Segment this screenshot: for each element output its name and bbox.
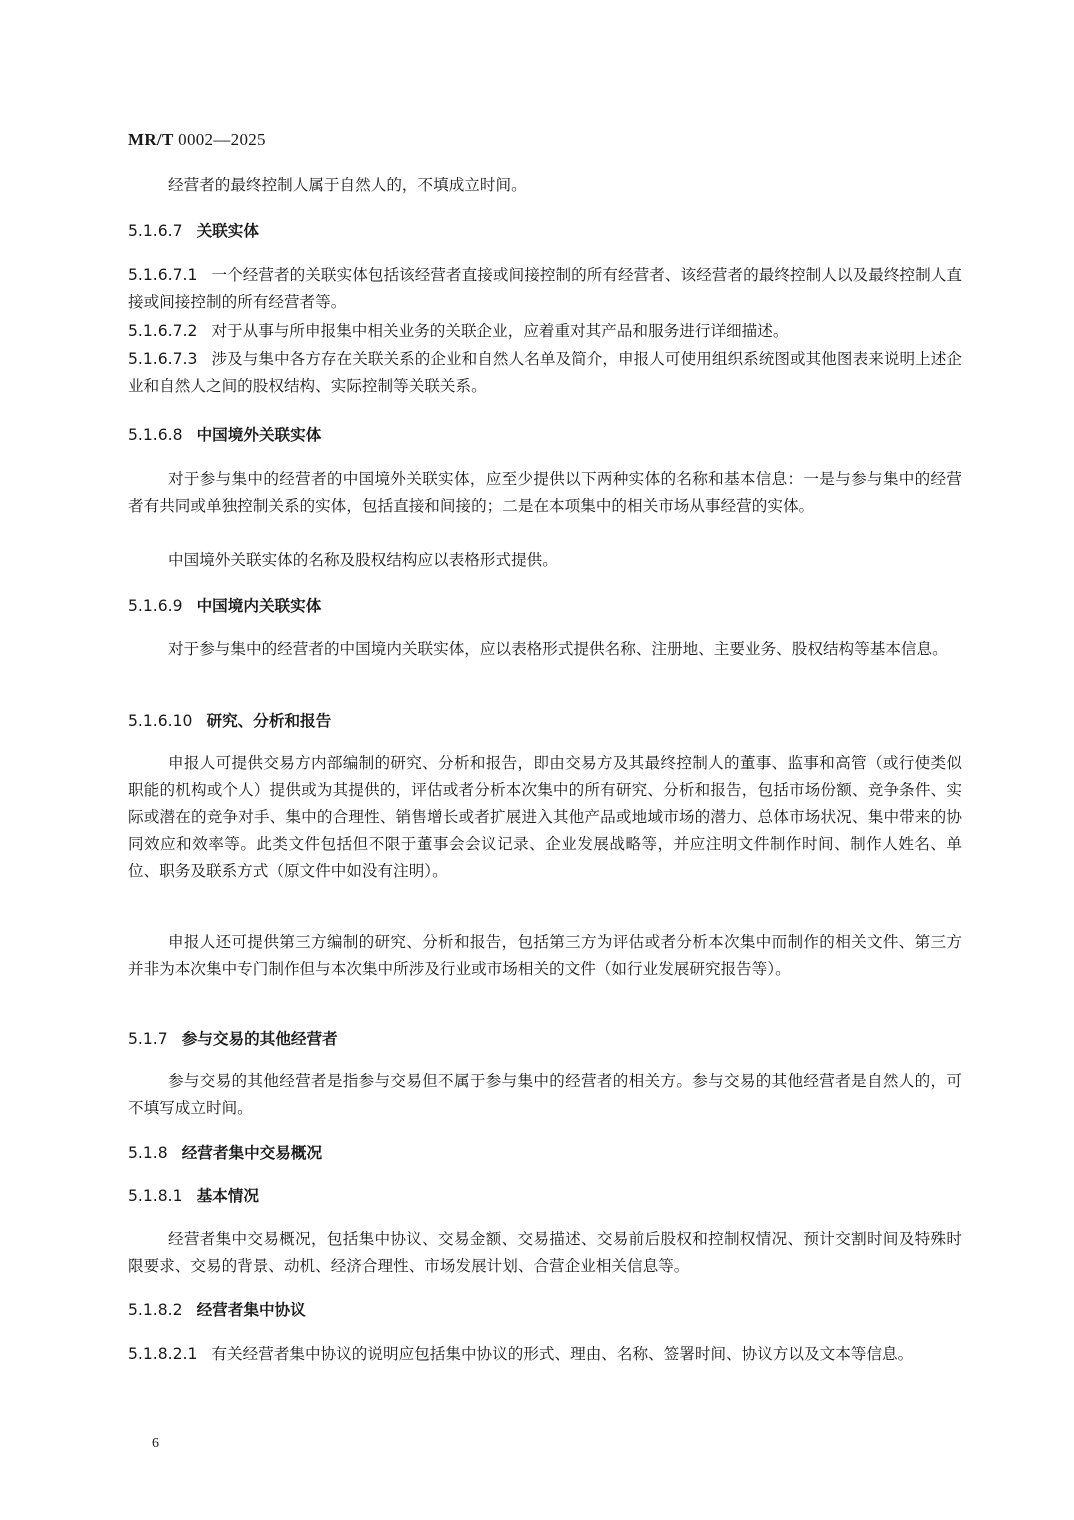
document-page: MR/T 0002—2025 经营者的最终控制人属于自然人的，不填成立时间。 5… xyxy=(0,0,1074,1520)
section-number: 5.1.8 xyxy=(128,1144,168,1162)
section-title: 经营者集中协议 xyxy=(197,1301,306,1319)
paragraph: 经营者的最终控制人属于自然人的，不填成立时间。 xyxy=(128,172,962,199)
clause: 5.1.6.7.3涉及与集中各方存在关联关系的企业和自然人名单及简介，申报人可使… xyxy=(128,346,962,400)
section-number: 5.1.8.2 xyxy=(128,1301,183,1319)
clause-number: 5.1.6.7.2 xyxy=(128,322,197,340)
section-number: 5.1.8.1 xyxy=(128,1187,183,1205)
section-heading: 5.1.6.10研究、分析和报告 xyxy=(128,708,962,735)
section-title: 中国境外关联实体 xyxy=(197,426,322,444)
section-heading: 5.1.8经营者集中交易概况 xyxy=(128,1140,962,1167)
section-heading: 5.1.6.7关联实体 xyxy=(128,218,962,245)
standard-code-number: 0002—2025 xyxy=(178,130,266,149)
section-title: 经营者集中交易概况 xyxy=(182,1144,322,1162)
paragraph: 对于参与集中的经营者的中国境外关联实体，应至少提供以下两种实体的名称和基本信息：… xyxy=(128,466,962,520)
clause-number: 5.1.8.2.1 xyxy=(128,1345,197,1363)
section-title: 中国境内关联实体 xyxy=(197,597,322,615)
clause-number: 5.1.6.7.3 xyxy=(128,350,197,368)
section-heading: 5.1.7参与交易的其他经营者 xyxy=(128,1026,962,1053)
section-number: 5.1.7 xyxy=(128,1030,168,1048)
clause-text: 有关经营者集中协议的说明应包括集中协议的形式、理由、名称、签署时间、协议方以及文… xyxy=(211,1345,913,1363)
page-number: 6 xyxy=(152,1436,159,1452)
standard-code-prefix: MR/T xyxy=(128,130,174,149)
paragraph: 经营者集中交易概况，包括集中协议、交易金额、交易描述、交易前后股权和控制权情况、… xyxy=(128,1226,962,1280)
section-title: 关联实体 xyxy=(197,222,259,240)
section-number: 5.1.6.8 xyxy=(128,426,183,444)
standard-code: MR/T 0002—2025 xyxy=(128,130,266,150)
section-title: 研究、分析和报告 xyxy=(206,712,331,730)
paragraph: 中国境外关联实体的名称及股权结构应以表格形式提供。 xyxy=(128,547,962,574)
paragraph: 申报人可提供交易方内部编制的研究、分析和报告，即由交易方及其最终控制人的董事、监… xyxy=(128,750,962,885)
section-title: 参与交易的其他经营者 xyxy=(182,1030,338,1048)
section-number: 5.1.6.10 xyxy=(128,712,192,730)
section-heading: 5.1.6.8中国境外关联实体 xyxy=(128,422,962,449)
section-number: 5.1.6.7 xyxy=(128,222,183,240)
clause: 5.1.6.7.2对于从事与所申报集中相关业务的关联企业，应着重对其产品和服务进… xyxy=(128,318,962,345)
paragraph: 申报人还可提供第三方编制的研究、分析和报告，包括第三方为评估或者分析本次集中而制… xyxy=(128,929,962,983)
section-title: 基本情况 xyxy=(197,1187,259,1205)
section-number: 5.1.6.9 xyxy=(128,597,183,615)
paragraph: 对于参与集中的经营者的中国境内关联实体，应以表格形式提供名称、注册地、主要业务、… xyxy=(128,636,962,663)
section-heading: 5.1.8.1基本情况 xyxy=(128,1183,962,1210)
clause-number: 5.1.6.7.1 xyxy=(128,266,197,284)
clause: 5.1.8.2.1有关经营者集中协议的说明应包括集中协议的形式、理由、名称、签署… xyxy=(128,1341,962,1368)
clause-text: 对于从事与所申报集中相关业务的关联企业，应着重对其产品和服务进行详细描述。 xyxy=(211,322,788,340)
clause-text: 涉及与集中各方存在关联关系的企业和自然人名单及简介，申报人可使用组织系统图或其他… xyxy=(128,350,962,395)
section-heading: 5.1.8.2经营者集中协议 xyxy=(128,1297,962,1324)
clause: 5.1.6.7.1一个经营者的关联实体包括该经营者直接或间接控制的所有经营者、该… xyxy=(128,262,962,316)
paragraph: 参与交易的其他经营者是指参与交易但不属于参与集中的经营者的相关方。参与交易的其他… xyxy=(128,1068,962,1122)
clause-text: 一个经营者的关联实体包括该经营者直接或间接控制的所有经营者、该经营者的最终控制人… xyxy=(128,266,962,311)
section-heading: 5.1.6.9中国境内关联实体 xyxy=(128,593,962,620)
